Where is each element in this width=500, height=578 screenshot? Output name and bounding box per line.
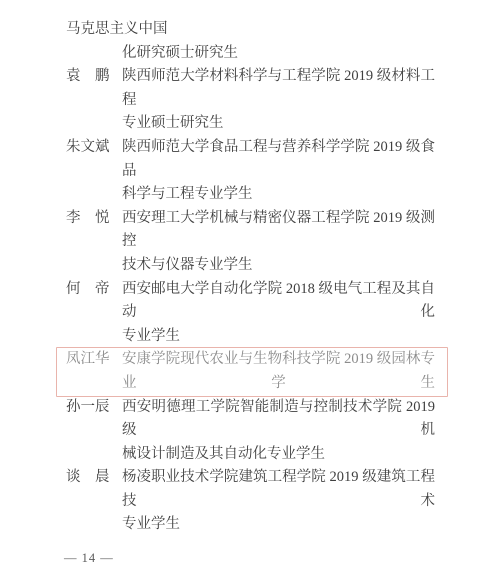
highlighted-entry-row[interactable]: 凤江华 安康学院现代农业与生物科技学院 2019 级园林专业学生: [56, 347, 448, 396]
entry-continuation-line: 技术与仪器专业学生: [66, 254, 435, 278]
entry-text: 西安理工大学机械与精密仪器工程学院 2019 级测控: [122, 207, 435, 254]
entry-continuation-line: 专业学生: [66, 325, 435, 349]
entry-text: 科学与工程专业学生: [122, 183, 435, 207]
entry-text: 化研究硕士研究生: [122, 42, 435, 66]
entry-name: 朱文斌: [66, 136, 122, 183]
entry-text: 专业硕士研究生: [122, 112, 435, 136]
entry-text: 技术与仪器专业学生: [122, 254, 435, 278]
entry-name: 袁 鹏: [66, 65, 122, 112]
entry-name: 何 帝: [66, 278, 122, 325]
entry-text: 陕西师范大学食品工程与营养科学学院 2019 级食品: [122, 136, 435, 183]
entry-text: 专业学生: [122, 325, 435, 349]
entry-row: 谈 晨 杨凌职业技术学院建筑工程学院 2019 级建筑工程技术: [66, 466, 435, 513]
entry-text: 西安明德理工学院智能制造与控制技术学院 2019 级机: [122, 396, 435, 443]
student-list: 马克思主义中国 化研究硕士研究生 袁 鹏 陕西师范大学材料科学与工程学院 201…: [66, 18, 435, 537]
entry-text: 安康学院现代农业与生物科技学院 2019 级园林专业学生: [122, 348, 435, 395]
entry-row: 李 悦 西安理工大学机械与精密仪器工程学院 2019 级测控: [66, 207, 435, 254]
entry-text: 械设计制造及其自动化专业学生: [122, 443, 435, 467]
entry-row: 何 帝 西安邮电大学自动化学院 2018 级电气工程及其自动化: [66, 278, 435, 325]
entry-continuation-line: 专业硕士研究生: [66, 112, 435, 136]
entry-continuation-line: 械设计制造及其自动化专业学生: [66, 443, 435, 467]
entry-continuation-line: 化研究硕士研究生: [66, 42, 435, 66]
entry-name: 孙一辰: [66, 396, 122, 443]
page-number: — 14 —: [64, 550, 114, 566]
entry-continuation-line: 马克思主义中国: [66, 18, 435, 42]
entry-name: 凤江华: [66, 348, 122, 395]
entry-text: 杨凌职业技术学院建筑工程学院 2019 级建筑工程技术: [122, 466, 435, 513]
entry-text: 专业学生: [122, 513, 435, 537]
entry-text: 西安邮电大学自动化学院 2018 级电气工程及其自动化: [122, 278, 435, 325]
entry-row: 袁 鹏 陕西师范大学材料科学与工程学院 2019 级材料工程: [66, 65, 435, 112]
entry-continuation-line: 科学与工程专业学生: [66, 183, 435, 207]
entry-text: 陕西师范大学材料科学与工程学院 2019 级材料工程: [122, 65, 435, 112]
entry-continuation-line: 专业学生: [66, 513, 435, 537]
entry-text: 马克思主义中国: [66, 18, 435, 42]
entry-row: 孙一辰 西安明德理工学院智能制造与控制技术学院 2019 级机: [66, 396, 435, 443]
document-page: 马克思主义中国 化研究硕士研究生 袁 鹏 陕西师范大学材料科学与工程学院 201…: [0, 0, 500, 578]
entry-name: 谈 晨: [66, 466, 122, 513]
entry-row: 朱文斌 陕西师范大学食品工程与营养科学学院 2019 级食品: [66, 136, 435, 183]
entry-name: 李 悦: [66, 207, 122, 254]
